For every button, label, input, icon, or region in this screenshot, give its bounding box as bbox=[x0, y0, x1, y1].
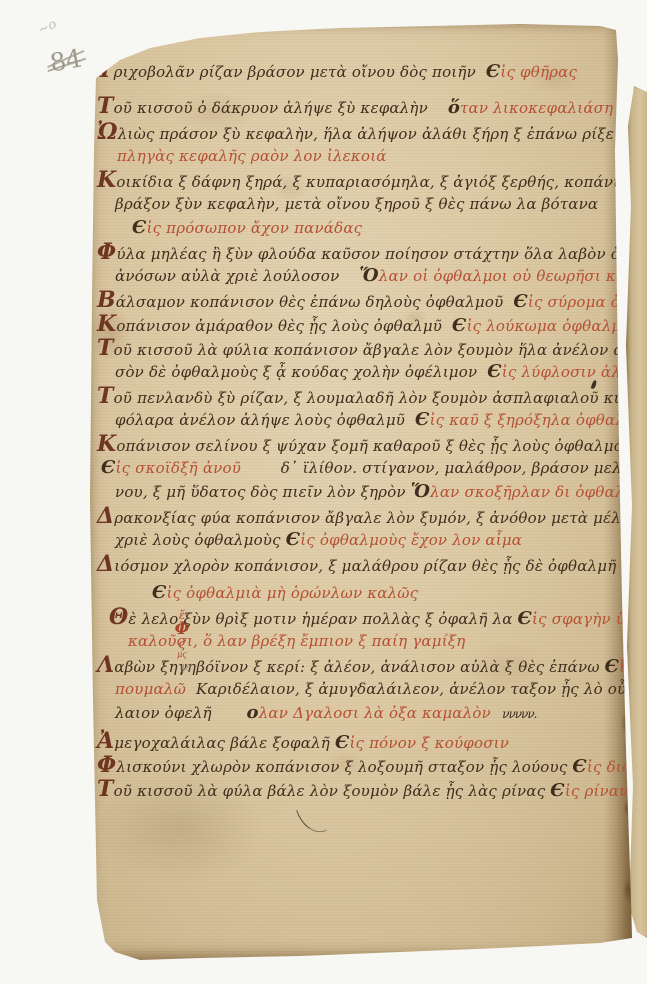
manuscript-line: Κοπάνισον σελίνου ξ ψύχαν ξομῆ καθαροῦ ξ… bbox=[97, 432, 619, 456]
manuscript-line: Єἰς σκοϊδξῆ ἀνοῦ δ᾽ ϊλίθον. στίγανον, μα… bbox=[101, 456, 619, 480]
manuscript-line: Λαβὼν ξηγηβόϊνον ξ κερί: ξ ἀλέον, ἀνάλισ… bbox=[97, 653, 619, 677]
initial-letter: Φ bbox=[97, 752, 116, 778]
manuscript-line: Διόσμον χλορὸν κοπάνισον, ξ μαλάθρου ρίζ… bbox=[97, 552, 619, 576]
initial-letter: Β bbox=[97, 287, 116, 313]
text-segment: οικίδια ξ δάφνη ξηρά, ξ κυπαριασόμηλα, ξ… bbox=[116, 173, 647, 191]
text-segment: φόλαρα ἀνέλον ἀλήψε λοὺς ὀφθαλμῦ bbox=[115, 411, 415, 429]
rubric-segment: λαν σκοξῆρλαν δι ὀφθαλμοὶ bbox=[430, 483, 647, 501]
manuscript-line: πληγὰς κεφαλῆς ραὸν λον ἰλεκοιά bbox=[117, 144, 619, 168]
rubric-segment: ἰς καῦ ξ ξηρόξηλα ὀφθαλμῶν bbox=[430, 411, 647, 429]
initial-letter: Τ bbox=[97, 383, 114, 409]
text-segment: οῦ πενλανδὺ ξὺ ρίζαν, ξ λουμαλαδῆ λὸν ξο… bbox=[114, 389, 647, 407]
manuscript-line: Ὠλιὼς πράσον ξὺ κεφαλὴν, ἥλα ἀλήψον ἀλάθ… bbox=[97, 120, 619, 144]
text-segment: νου, ξ μῆ ὕδατος δὸς πιεῖν λὸν ξηρὸν bbox=[115, 483, 411, 501]
text-segment: Є bbox=[152, 582, 167, 603]
text-segment: Є bbox=[605, 656, 620, 677]
text-segment: Ὅ bbox=[359, 265, 378, 286]
manuscript-line: Τοῦ πενλανδὺ ξὺ ρίζαν, ξ λουμαλαδῆ λὸν ξ… bbox=[97, 384, 619, 408]
manuscript-line: Єἰς ὀφθαλμιὰ μὴ ὁρώνλων καλῶς bbox=[152, 581, 619, 605]
manuscript-photo: ἕΦϛμϛ Τριχοβολᾶν ρίζαν βράσον μετὰ οἴνου… bbox=[0, 0, 647, 984]
manuscript-line: σὸν δὲ ὀφθαλμοὺς ξ ᾆ κούδας χολὴν ὀφέλιμ… bbox=[115, 360, 619, 384]
text-segment: άλσαμον κοπάνισον θὲς ἐπάνω δηλοὺς ὀφθαλ… bbox=[116, 293, 514, 311]
text-segment: Є bbox=[132, 217, 147, 238]
manuscript-text: Τριχοβολᾶν ρίζαν βράσον μετὰ οἴνου δὸς π… bbox=[97, 58, 619, 801]
initial-letter: Ὠ bbox=[97, 119, 118, 145]
initial-letter: Κ bbox=[97, 167, 116, 193]
manuscript-line: καλοῦσι, ὅ λαν βρέξη ἔμπιον ξ παίη γαμίξ… bbox=[128, 629, 619, 653]
manuscript-line: Τοῦ κισσοῦ λὰ φύλα βάλε λὸν ξουμὸν βάλε … bbox=[97, 777, 619, 801]
pencil-mark-small: 48 bbox=[180, 664, 191, 674]
text-segment: ριχοβολᾶν ρίζαν βράσον μετὰ οἴνου δὸς πο… bbox=[114, 63, 486, 81]
text-segment: Є bbox=[550, 780, 565, 801]
pencil-scribble: ∼ο bbox=[36, 17, 59, 39]
text-segment: Καριδέλαιον, ξ ἀμυγδαλάιλεον, ἀνέλον ταξ… bbox=[186, 680, 647, 698]
rubric-segment: ταν λικοκεφαλιάση ὁ ἄνος bbox=[460, 99, 647, 117]
initial-letter: Τ bbox=[97, 776, 114, 802]
rubric-segment: ἰς ὀφθαλμιὰ μὴ ὁρώνλων καλῶς bbox=[167, 584, 419, 602]
text-segment: Є bbox=[415, 409, 430, 430]
text-segment: Є bbox=[518, 608, 533, 629]
text-segment: Є bbox=[335, 732, 350, 753]
initial-letter: Τ bbox=[97, 57, 114, 83]
text-segment: λιὼς πράσον ξὺ κεφαλὴν, ἥλα ἀλήψον ἀλάθι… bbox=[118, 125, 647, 143]
text-segment: Є bbox=[572, 756, 587, 777]
manuscript-line: Τριχοβολᾶν ρίζαν βράσον μετὰ οἴνου δὸς π… bbox=[97, 58, 619, 82]
text-segment: Є bbox=[486, 61, 501, 82]
text-segment: δ᾽ ϊλίθον. στίγανον, μαλάθρον, βράσον με… bbox=[241, 459, 647, 477]
manuscript-line: Τοῦ κισσοῦ λὰ φύλια κοπάνισον ἄβγαλε λὸν… bbox=[97, 336, 619, 360]
manuscript-line: Κοικίδια ξ δάφνη ξηρά, ξ κυπαριασόμηλα, … bbox=[97, 168, 619, 192]
manuscript-line: ἀνόσων αὐλὰ χριὲ λούλοσον Ὅλαν οἱ ὀφθαλμ… bbox=[115, 264, 619, 288]
manuscript-line: νου, ξ μῆ ὕδατος δὸς πιεῖν λὸν ξηρὸν Ὅλα… bbox=[115, 480, 619, 504]
manuscript-line: Φλισκούνι χλωρὸν κοπάνισον ξ λοξουμῆ στα… bbox=[97, 753, 619, 777]
manuscript-line: Φύλα μηλέας ἢ ξὺν φλούδα καῦσον ποίησον … bbox=[97, 240, 619, 264]
text-segment: οῦ κισσοῦ λὰ φύλα βάλε λὸν ξουμὸν βάλε ᾗ… bbox=[114, 782, 551, 800]
rubric-segment: λαν Δγαλοσι λὰ ὀξα καμαλὸν bbox=[259, 704, 491, 722]
text-segment: ο bbox=[247, 702, 259, 723]
rubric-segment: ἰς λύφλοσιν ἀλόγου bbox=[502, 363, 647, 381]
rubric-segment: ἰς πρόσωπον ἄχον πανάδας bbox=[147, 219, 363, 237]
text-segment: οῦ κισσοῦ ὁ δάκρυον ἀλήψε ξὺ κεφαλὴν bbox=[114, 99, 448, 117]
rubric-segment: λαν οἱ ὀφθαλμοι οὐ θεωρῆσι καλῶς bbox=[379, 267, 647, 285]
manuscript-line: χριὲ λοὺς ὀφθαλμοὺς Єἰς ὀφθαλμοὺς ἔχον λ… bbox=[115, 528, 619, 552]
rubric-segment: ἰς λούκωμα ὀφθαλμῶν bbox=[467, 317, 644, 335]
text-segment: Ὅ bbox=[411, 481, 430, 502]
text-segment: ιόσμον χλορὸν κοπάνισον, ξ μαλάθρου ρίζα… bbox=[114, 557, 616, 575]
initial-letter: Κ bbox=[97, 311, 116, 337]
text-segment: Є bbox=[452, 315, 467, 336]
initial-letter: Θ bbox=[109, 604, 128, 630]
rubric-segment: ἰς σκοϊδξῆ ἀνοῦ bbox=[116, 459, 241, 477]
initial-letter: Τ bbox=[97, 93, 114, 119]
text-segment: ννννν. bbox=[491, 707, 537, 721]
manuscript-line: φόλαρα ἀνέλον ἀλήψε λοὺς ὀφθαλμῦ Єἰς καῦ… bbox=[115, 408, 619, 432]
rubric-segment: ἰς ὀφθαλμοὺς ἔχον λον αἷμα bbox=[300, 531, 522, 549]
text-segment: Є bbox=[286, 529, 301, 550]
text-segment: σὸν δὲ ὀφθαλμοὺς ξ ᾆ κούδας χολὴν ὀφέλιμ… bbox=[115, 363, 487, 381]
initial-letter: Ἀ bbox=[97, 728, 114, 754]
text-segment: ύλα μηλέας ἢ ξὺν φλούδα καῦσον ποίησον σ… bbox=[116, 245, 647, 263]
text-segment: λαιον ὀφελῆ bbox=[115, 704, 247, 722]
manuscript-page: ἕΦϛμϛ Τριχοβολᾶν ρίζαν βράσον μετὰ οἴνου… bbox=[85, 18, 633, 962]
manuscript-line: Єἰς πρόσωπον ἄχον πανάδας bbox=[132, 216, 619, 240]
text-segment: οῦ κισσοῦ λὰ φύλια κοπάνισον ἄβγαλε λὸν … bbox=[114, 341, 647, 359]
initial-letter: Κ bbox=[97, 431, 116, 457]
text-segment: ρακονξίας φύα κοπάνισον ἄβγαλε λὸν ξυμόν… bbox=[114, 509, 647, 527]
manuscript-line: Ἀμεγοχαλάιλας βάλε ξοφαλῆ Єἰς πόνον ξ κο… bbox=[97, 729, 619, 753]
initial-letter: Λ bbox=[97, 652, 114, 678]
rubric-segment: ἰς φθῆρας bbox=[500, 63, 577, 81]
manuscript-line: Θὲ λελο ξὺν θρὶξ μοτιν ἡμέραν πολλὰς ξ ὀ… bbox=[109, 605, 619, 629]
text-segment: βράξον ξὺν κεφαλὴν, μετὰ οἴνου ξηροῦ ξ θ… bbox=[115, 195, 598, 213]
text-segment: Є bbox=[513, 291, 528, 312]
text-segment: οπάνισον ἀμάραθον θὲς ᾗς λοὺς ὀφθαλμῦ bbox=[116, 317, 452, 335]
text-segment: λισκούνι χλωρὸν κοπάνισον ξ λοξουμῆ σταξ… bbox=[116, 758, 572, 776]
text-segment: Є bbox=[487, 361, 502, 382]
initial-letter: Δ bbox=[97, 503, 114, 529]
manuscript-line: Τοῦ κισσοῦ ὁ δάκρυον ἀλήψε ξὺ κεφαλὴν ὅτ… bbox=[97, 94, 619, 118]
manuscript-line: Βάλσαμον κοπάνισον θὲς ἐπάνω δηλοὺς ὀφθα… bbox=[97, 288, 619, 312]
text-segment: Є bbox=[101, 457, 116, 478]
rubric-segment: πουμαλῶ bbox=[115, 680, 186, 698]
manuscript-line: λαιον ὀφελῆ ολαν Δγαλοσι λὰ ὀξα καμαλὸν … bbox=[115, 701, 619, 725]
text-segment: μεγοχαλάιλας βάλε ξοφαλῆ bbox=[114, 734, 335, 752]
manuscript-line: Κοπάνισον ἀμάραθον θὲς ᾗς λοὺς ὀφθαλμῦ Є… bbox=[97, 312, 619, 336]
manuscript-line: Δρακονξίας φύα κοπάνισον ἄβγαλε λὸν ξυμό… bbox=[97, 504, 619, 528]
manuscript-line: πουμαλῶ Καριδέλαιον, ξ ἀμυγδαλάιλεον, ἀν… bbox=[115, 677, 619, 701]
initial-letter: Φ bbox=[97, 239, 116, 265]
rubric-segment: πληγὰς κεφαλῆς ραὸν λον ἰλεκοιά bbox=[117, 147, 387, 165]
text-segment: ἀνόσων αὐλὰ χριὲ λούλοσον bbox=[115, 267, 359, 285]
text-segment: ὅ bbox=[448, 97, 460, 118]
text-segment: χριὲ λοὺς ὀφθαλμοὺς bbox=[115, 531, 286, 549]
pencil-folio-number: 84 bbox=[48, 43, 84, 77]
manuscript-line: βράξον ξὺν κεφαλὴν, μετὰ οἴνου ξηροῦ ξ θ… bbox=[115, 192, 619, 216]
rubric-segment: καλοῦσι, ὅ λαν βρέξη ἔμπιον ξ παίη γαμίξ… bbox=[128, 632, 465, 650]
text-segment: οπάνισον σελίνου ξ ψύχαν ξομῆ καθαροῦ ξ … bbox=[116, 437, 641, 455]
initial-letter: Τ bbox=[97, 335, 114, 361]
text-segment: ὲ λελο ξὺν θρὶξ μοτιν ἡμέραν πολλὰς ξ ὀφ… bbox=[128, 610, 517, 628]
initial-letter: Δ bbox=[97, 551, 114, 577]
rubric-segment: ἰς πόνον ξ κούφοσιν bbox=[349, 734, 509, 752]
